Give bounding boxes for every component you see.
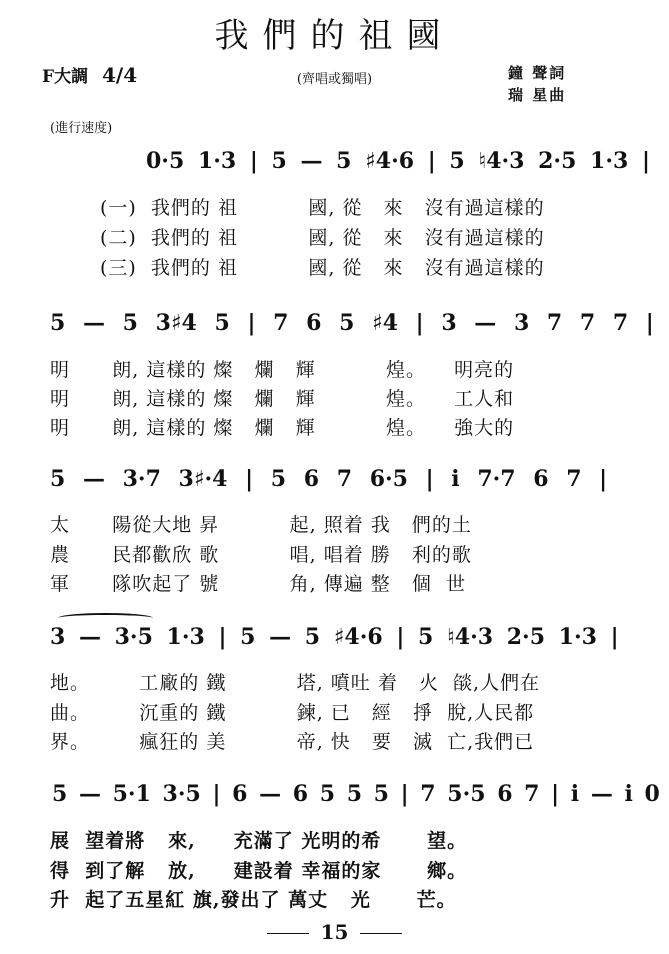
notation-line-5: 5 — 5·1 3·5 | 6 — 6 5 5 5 | 7 5·5 6 7 | … bbox=[52, 781, 669, 807]
footer-dash-left bbox=[267, 933, 309, 935]
lyricist-credit: 鐘 聲詞 bbox=[508, 62, 566, 84]
lyric-line-2-verse-1: 明 朗, 這樣的 燦 爛 輝 煌。 明亮的 bbox=[50, 355, 514, 382]
notation-line-1: 0·5 1·3 | 5 — 5 ♯4·6 | 5 ♮4·3 2·5 1·3 | bbox=[146, 148, 650, 174]
song-title: 我們的祖國 bbox=[0, 8, 669, 57]
lyric-line-4-verse-1: 地。 工廠的 鐵 塔, 噴吐 着 火 燄,人們在 bbox=[50, 668, 540, 695]
credits: 鐘 聲詞 瑞 星曲 bbox=[508, 62, 566, 106]
notation-text: 0·5 1·3 | 5 — 5 ♯4·6 | 5 ♮4·3 2·5 1·3 | bbox=[146, 148, 650, 174]
lyric-line-4-verse-2: 曲。 沉重的 鐵 鍊, 已 經 掙 脫,人民都 bbox=[50, 698, 534, 725]
lyric-line-3-verse-3: 軍 隊吹起了 號 角, 傳遍 整 個 世 bbox=[50, 569, 466, 596]
lyric-line-5-verse-3: 升 起了五星紅 旗,發出了 萬丈 光 芒。 bbox=[50, 885, 457, 912]
performance-note: (齊唱或獨唱) bbox=[0, 68, 669, 87]
notation-line-4: 3 — 3·5 1·3 | 5 — 5 ♯4·6 | 5 ♮4·3 2·5 1·… bbox=[50, 624, 619, 650]
notation-text: 3 — 3·5 1·3 | 5 — 5 ♯4·6 | 5 ♮4·3 2·5 1·… bbox=[50, 624, 619, 650]
lyric-line-5-verse-1: 展 望着將 來, 充滿了 光明的希 望。 bbox=[50, 826, 467, 853]
lyric-line-3-verse-1: 太 陽從大地 昇 起, 照着 我 們的土 bbox=[50, 510, 472, 537]
lyric-line-2-verse-3: 明 朗, 這樣的 燦 爛 輝 煌。 強大的 bbox=[50, 413, 514, 440]
lyric-line-1-verse-1: (一) 我們的 祖 國, 從 來 沒有過這樣的 bbox=[100, 193, 545, 220]
lyric-line-1-verse-3: (三) 我們的 祖 國, 從 來 沒有過這樣的 bbox=[100, 253, 545, 280]
lyric-line-2-verse-2: 明 朗, 這樣的 燦 爛 輝 煌。 工人和 bbox=[50, 384, 514, 411]
notation-line-3: 5 — 3·7 3♯·4 | 5 6 7 6·5 | i 7·7 6 7 | bbox=[50, 466, 607, 492]
composer-credit: 瑞 星曲 bbox=[508, 84, 566, 106]
lyric-line-4-verse-3: 界。 瘋狂的 美 帝, 快 要 滅 亡,我們已 bbox=[50, 727, 534, 754]
notation-text: 5 — 5·1 3·5 | 6 — 6 5 5 5 | 7 5·5 6 7 | … bbox=[52, 781, 669, 807]
page-footer: 15 bbox=[0, 920, 669, 944]
notation-line-2: 5 — 5 3♯4 5 | 7 6 5 ♯4 | 3 — 3 7 7 7 | bbox=[50, 310, 654, 336]
footer-dash-right bbox=[360, 933, 402, 935]
tempo-marking: (進行速度) bbox=[50, 117, 112, 136]
page-number: 15 bbox=[321, 920, 349, 944]
lyric-line-1-verse-2: (二) 我們的 祖 國, 從 來 沒有過這樣的 bbox=[100, 223, 545, 250]
lyric-line-5-verse-2: 得 到了解 放, 建設着 幸福的家 鄉。 bbox=[50, 856, 467, 883]
notation-text: 5 — 3·7 3♯·4 | 5 6 7 6·5 | i 7·7 6 7 | bbox=[50, 466, 607, 492]
tie-mark bbox=[58, 613, 153, 623]
lyric-line-3-verse-2: 農 民都歡欣 歌 唱, 唱着 勝 利的歌 bbox=[50, 540, 472, 567]
notation-text: 5 — 5 3♯4 5 | 7 6 5 ♯4 | 3 — 3 7 7 7 | bbox=[50, 310, 654, 336]
